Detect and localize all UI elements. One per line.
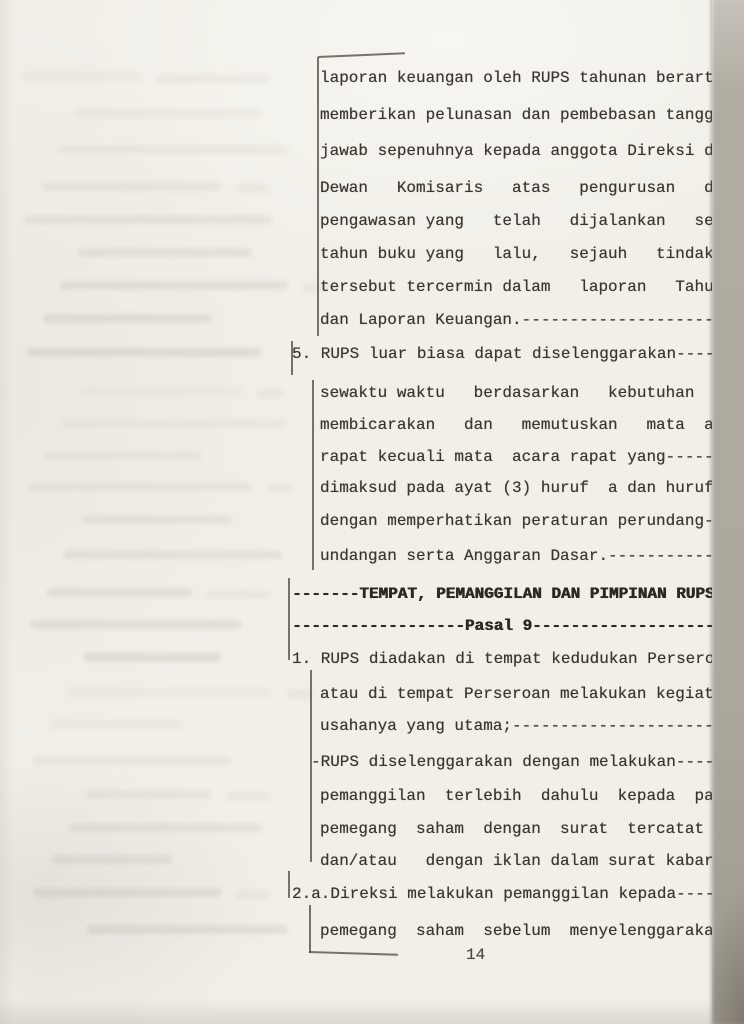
page-edge-band [712,0,744,1024]
bleed-through-smudge [22,72,142,81]
bleed-through-smudge [58,145,288,154]
text-line-13: dimaksud pada ayat (3) huruf a dan huruf… [320,478,742,498]
bleed-through-smudge [156,74,270,83]
text-line-10: sewaktu waktu berdasarkan kebutuhan untu… [320,383,744,403]
bleed-through-smudge [26,348,262,357]
text-line-11: membicarakan dan memutuskan mata acara [320,415,744,435]
bleed-through-smudge [81,515,232,524]
bleed-through-smudge [85,790,212,799]
margin-rule-bottom-bracket [309,951,398,955]
margin-rule [312,380,314,570]
bleed-through-smudge [49,720,182,729]
text-line-16: -------TEMPAT, PEMANGGILAN DAN PIMPINAN … [292,584,744,604]
text-line-7: tersebut tercermin dalam laporan Tahunan [320,277,742,297]
bleed-through-smudge [51,855,172,864]
margin-rule [317,57,319,336]
bleed-through-smudge [30,620,242,629]
text-line-8: dan Laporan Keuangan.-------------------… [320,310,744,330]
text-line-5: pengawasan yang telah dijalankan selama [320,211,744,231]
bleed-through-smudge [266,484,294,493]
bleed-through-smudge [60,281,288,290]
bleed-through-smudge [226,792,270,801]
bleed-through-smudge [75,109,262,118]
bleed-through-smudge [236,890,270,899]
bleed-through-smudge [66,688,272,697]
bleed-through-smudge [236,184,270,193]
text-line-1: laporan keuangan oleh RUPS tahunan berar… [320,68,723,88]
margin-rule [288,578,290,660]
text-line-26: pemegang saham sebelum menyelenggarakan [320,921,723,941]
text-line-24: dan/atau dengan iklan dalam surat kabar.… [320,851,742,871]
bleed-through-smudge [64,550,282,559]
bleed-through-smudge [24,215,272,224]
text-line-3: jawab sepenuhnya kepada anggota Direksi … [320,141,733,161]
bleed-through-smudge [28,482,252,491]
text-line-19: atau di tempat Perseroan melakukan kegia… [320,684,733,704]
text-line-17: ------------------Pasal 9---------------… [292,616,743,636]
text-line-6: tahun buku yang lalu, sejauh tindakan [320,244,733,264]
text-line-2: memberikan pelunasan dan pembebasan tang… [320,105,742,125]
text-line-21: -RUPS diselenggarakan dengan melakukan--… [311,752,744,772]
margin-rule [288,871,290,898]
margin-rule-top-bracket [318,52,405,57]
text-line-12: rapat kecuali mata acara rapat yang-----… [320,447,744,467]
scanned-document-page: laporan keuangan oleh RUPS tahunan berar… [0,0,744,1024]
text-line-22: pemanggilan terlebih dahulu kepada para [320,786,733,806]
bleed-through-smudge [32,756,232,765]
bleed-through-smudge [256,389,284,398]
bleed-through-smudge [34,888,222,897]
bleed-through-smudge [68,823,262,832]
bleed-through-smudge [87,925,288,934]
text-line-4: Dewan Komisaris atas pengurusan dan [320,178,733,198]
text-line-20: usahanya yang utama;--------------------… [320,716,742,736]
text-line-15: undangan serta Anggaran Dasar.----------… [320,546,744,566]
text-line-18: 1. RUPS diadakan di tempat kedudukan Per… [292,649,734,669]
text-line-14: dengan memperhatikan peraturan perundang… [320,511,744,531]
bleed-through-smudge [79,387,242,396]
bleed-through-smudge [47,588,192,597]
text-line-9: 5. RUPS luar biasa dapat diselenggarakan… [292,344,744,364]
bleed-through-smudge [206,590,270,599]
page-number: 14 [466,946,485,964]
text-line-25: 2.a.Direksi melakukan pemanggilan kepada… [292,884,744,904]
margin-rule [309,905,311,953]
bleed-through-smudge [41,182,222,191]
bleed-through-smudge [83,653,222,662]
text-line-23: pemegang saham dengan surat tercatat [320,819,704,839]
bleed-through-smudge [43,314,212,323]
bleed-through-smudge [45,451,202,460]
bleed-through-smudge [77,248,252,257]
bleed-through-smudge [62,419,288,428]
